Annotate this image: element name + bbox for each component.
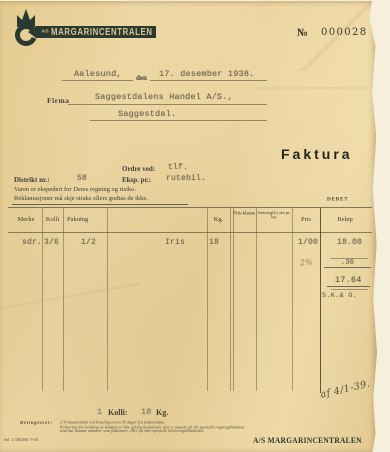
pencil-discount-note: 2% [300,257,314,267]
table-column-line [230,208,231,391]
total-kolli-label: Kolli: [108,408,128,417]
rule-under-firm-place [90,120,267,121]
col-header-kg: Kg. [207,216,230,223]
eksp-value-typed: rutebil. [166,174,206,183]
row-kg: 18 [209,238,219,247]
document-title: Faktura [281,146,353,162]
rule-notice-underline [12,204,188,205]
total-kolli-value: 1 [97,407,102,417]
company-name: MARGARINCENTRALEN [51,27,153,38]
table-column-line [63,208,64,391]
col-header-prisklasse: Pris-klasse [232,211,256,216]
col-header-statsavgift: Statsavgift i øre pr. kg. [257,211,290,220]
place-typed: Aalesund, [74,69,122,79]
betingelser-text: 2 % kassarabatt ved betaling innen 30 da… [60,421,337,434]
betingelser-label: Betingelser: [20,421,53,426]
date-typed: 17. desember 1938. [159,69,254,79]
calc-rule [324,267,371,268]
company-banner: A/S MARGARINCENTRALEN [28,26,156,38]
notice-line-2: Reklamasjoner må skje straks ellers godt… [14,195,148,202]
table-column-line-belop [320,208,321,393]
stamp-initials: S.K.& O. [322,292,357,299]
col-header-pris: Pris [292,216,320,223]
den-label: den [136,74,147,82]
notice-line-1: Varen er ekspedert for Deres regning og … [14,186,136,193]
rule-under-date [150,80,267,81]
distrikt-label: Distrikt nr.: [14,176,50,184]
col-header-merke: Merke [10,216,42,223]
print-run-code: Sal. 2 300,000. 9-45. [4,438,39,442]
paper-crease [0,276,140,316]
row-merke: sdr. [22,238,42,247]
table-column-line [292,208,293,391]
table-column-line [207,208,208,391]
table-column-line [107,208,108,391]
firm-place-typed: Saggestdal. [118,109,176,119]
calc-rule [327,286,370,287]
row-product: Iris [165,238,185,247]
calc-rule [331,289,368,290]
row-kolli: 3/6 [44,238,59,247]
ordre-value-typed: tlf. [168,163,188,172]
debet-label: DEBET [327,197,349,202]
col-header-pakning: Pakning [67,216,88,223]
rule-under-firm-name [68,104,267,105]
total-amount: 17.64 [335,275,362,285]
invoice-number-value: 000028 [321,27,368,38]
table-column-line [42,208,43,391]
firma-label: Firma [47,96,70,105]
company-footer: A/S MARGARINCENTRALEN [253,435,362,445]
eksp-label: Eksp. pr.: [122,176,151,184]
handwritten-payment-note: af 4/1-39. [319,378,371,400]
rule-under-place [62,80,133,81]
total-kg-value: 18 [141,407,152,417]
invoice-paper: A/S MARGARINCENTRALEN № 000028 Aalesund,… [0,1,377,452]
discount-amount: .36 [341,259,354,267]
firm-name-typed: Saggestdalens Handel A/S., [95,92,233,102]
col-header-kolli: Kolli [42,216,63,223]
row-pris: 1/00 [298,238,318,247]
total-kg-label: Kg. [156,408,168,417]
betingelser-line-3: som har samme nummer som fakturaen, elle… [60,430,337,434]
table-column-line [233,208,234,391]
col-header-belop: Beløp [320,216,370,223]
row-pakning: 1/2 [81,238,96,247]
ordre-label: Ordre ved: [122,165,155,173]
distrikt-value-typed: 58 [77,174,87,183]
invoice-number-label: № [297,27,308,39]
table-column-line [256,208,257,391]
company-prefix: A/S [41,30,48,34]
paper-crease [255,63,377,113]
row-belop: 18.00 [337,238,362,247]
